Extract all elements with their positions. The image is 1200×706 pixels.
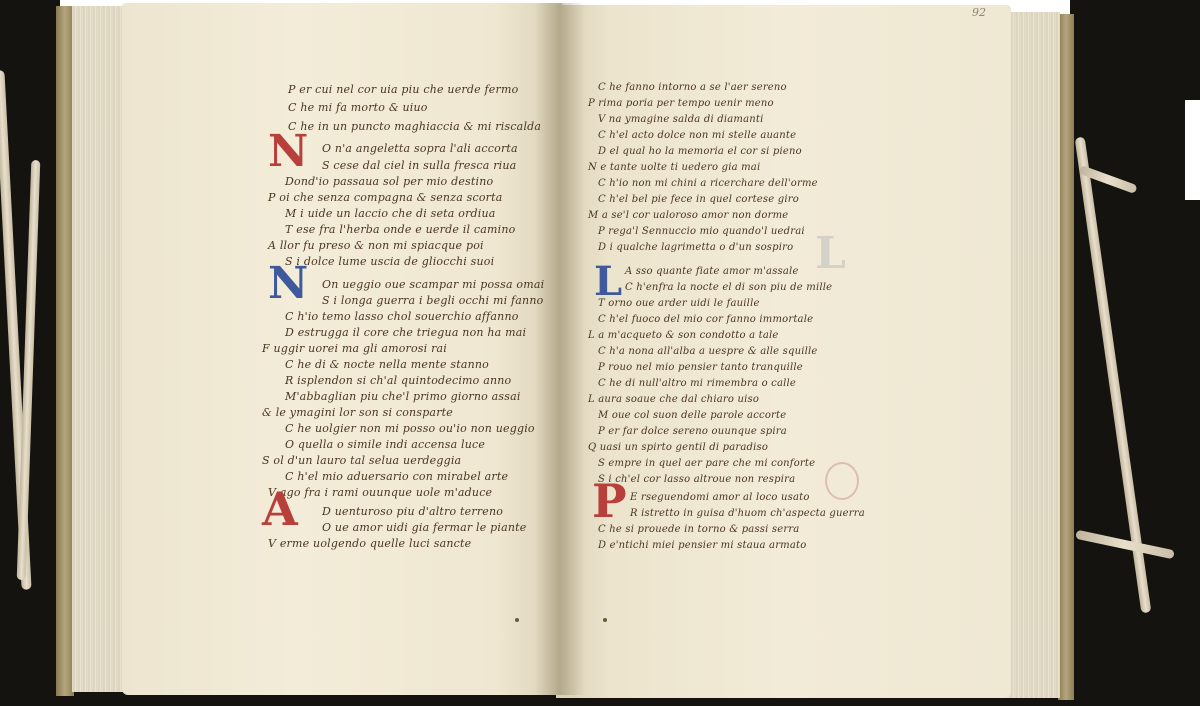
verse-line: C h'el acto dolce non mi stelle auante	[598, 130, 796, 141]
verse-line: R istretto in guisa d'huom ch'aspecta gu…	[630, 508, 865, 519]
verse-line: M oue col suon delle parole accorte	[598, 410, 786, 421]
verse-line: S empre in quel aer pare che mi conforte	[598, 458, 815, 469]
verse-line: T orno oue arder uidi le fauille	[598, 298, 760, 309]
verse-line: L a m'acqueto & son condotto a tale	[588, 330, 779, 341]
verse-line: C h'io non mi chini a ricerchare dell'or…	[598, 178, 818, 189]
verse-line: E rseguendomi amor al loco usato	[630, 492, 810, 503]
illuminated-initial-red: P	[592, 478, 627, 524]
verse-line: Q uasi un spirto gentil di paradiso	[588, 442, 768, 453]
manuscript-photo: 92 L P er cui nel cor uia piu che uerde …	[0, 0, 1200, 706]
verse-line: C he fanno intorno a se l'aer sereno	[598, 82, 787, 93]
verse-line: V na ymagine salda di diamanti	[598, 114, 764, 125]
verse-line: P rega'l Sennuccio mio quando'l uedrai	[598, 226, 805, 237]
verse-line: C he di null'altro mi rimembra o calle	[598, 378, 796, 389]
verse-line: L aura soaue che dal chiaro uiso	[588, 394, 759, 405]
verse-line: P er far dolce sereno ouunque spira	[598, 426, 787, 437]
right-page-text: C he fanno intorno a se l'aer sereno P r…	[0, 0, 1200, 706]
verse-line: P rima poria per tempo uenir meno	[588, 98, 774, 109]
verse-line: S i ch'el cor lasso altroue non respira	[598, 474, 795, 485]
verse-line: N e tante uolte ti uedero gia mai	[588, 162, 760, 173]
verse-line: D i qualche lagrimetta o d'un sospiro	[598, 242, 793, 253]
verse-line: A sso quante fiate amor m'assale	[625, 266, 799, 277]
verse-line: M a se'l cor ualoroso amor non dorme	[588, 210, 788, 221]
verse-line: C h'el fuoco del mio cor fanno immortale	[598, 314, 813, 325]
verse-line: D el qual ho la memoria el cor si pieno	[598, 146, 802, 157]
verse-line: C h'el bel pie fece in quel cortese giro	[598, 194, 799, 205]
verse-line: C h'enfra la nocte el di son piu de mill…	[625, 282, 832, 293]
verse-line: D e'ntichi miei pensier mi staua armato	[598, 540, 806, 551]
verse-line: C he si prouede in torno & passi serra	[598, 524, 799, 535]
illuminated-initial-blue: L	[594, 262, 622, 302]
verse-line: C h'a nona all'alba a uespre & alle squi…	[598, 346, 818, 357]
verse-line: P rouo nel mio pensier tanto tranquille	[598, 362, 803, 373]
